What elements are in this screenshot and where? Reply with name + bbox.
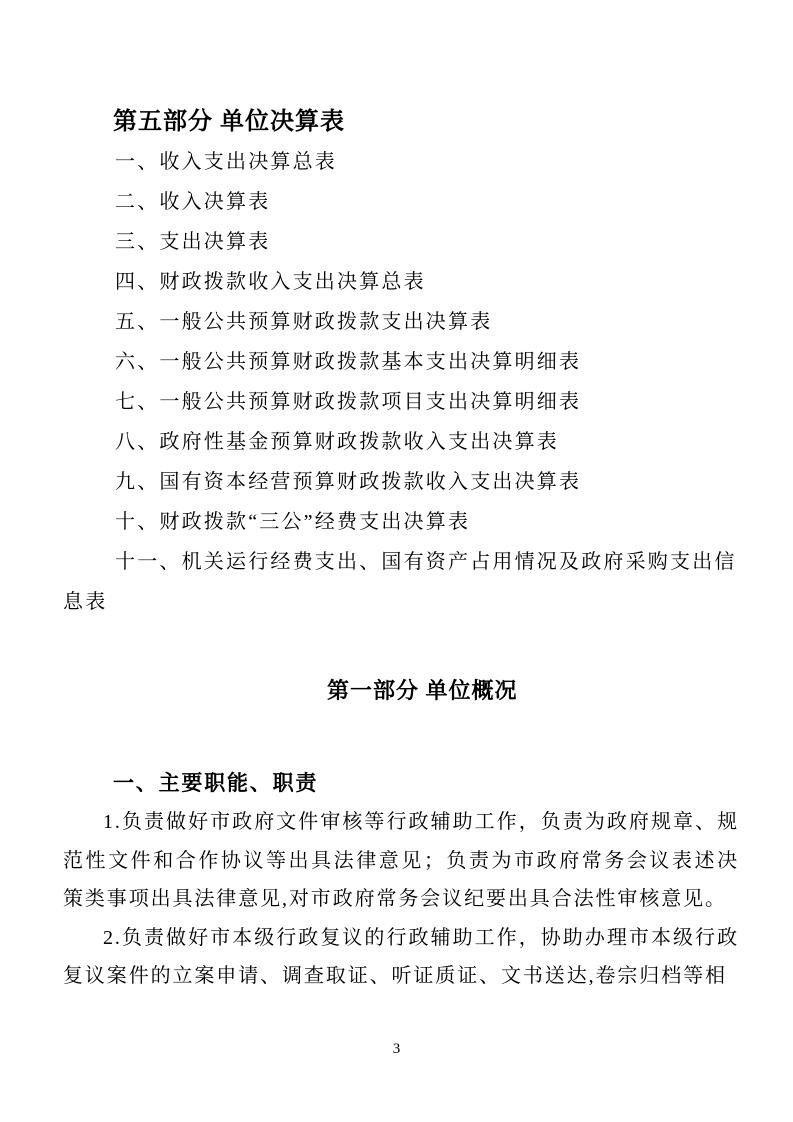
paragraph: 1.负责做好市政府文件审核等行政辅助工作，负责为政府规章、规范性文件和合作协议等… [63, 803, 739, 919]
list-item: 十、财政拨款“三公”经费支出决算表 [63, 502, 739, 542]
list-item: 八、政府性基金预算财政拨款收入支出决算表 [63, 422, 739, 462]
list-item: 六、一般公共预算财政拨款基本支出决算明细表 [63, 342, 739, 382]
section-one-title: 第一部分 单位概况 [327, 674, 518, 705]
page-number: 3 [0, 1041, 793, 1058]
section-five-item-list: 一、收入支出决算总表 二、收入决算表 三、支出决算表 四、财政拨款收入支出决算总… [63, 142, 739, 622]
list-item: 十一、机关运行经费支出、国有资产占用情况及政府采购支出信息表 [63, 542, 739, 622]
list-item: 二、收入决算表 [63, 182, 739, 222]
list-item: 七、一般公共预算财政拨款项目支出决算明细表 [63, 382, 739, 422]
subsection-title: 一、主要职能、职责 [113, 767, 318, 797]
body-text: 1.负责做好市政府文件审核等行政辅助工作，负责为政府规章、规范性文件和合作协议等… [63, 803, 739, 996]
list-item: 四、财政拨款收入支出决算总表 [63, 262, 739, 302]
list-item: 三、支出决算表 [63, 222, 739, 262]
section-five-title: 第五部分 单位决算表 [113, 101, 345, 136]
list-item: 五、一般公共预算财政拨款支出决算表 [63, 302, 739, 342]
list-item: 九、国有资本经营预算财政拨款收入支出决算表 [63, 462, 739, 502]
document-page: 第五部分 单位决算表 一、收入支出决算总表 二、收入决算表 三、支出决算表 四、… [0, 0, 793, 1122]
paragraph: 2.负责做好市本级行政复议的行政辅助工作，协助办理市本级行政复议案件的立案申请、… [63, 919, 739, 996]
list-item: 一、收入支出决算总表 [63, 142, 739, 182]
